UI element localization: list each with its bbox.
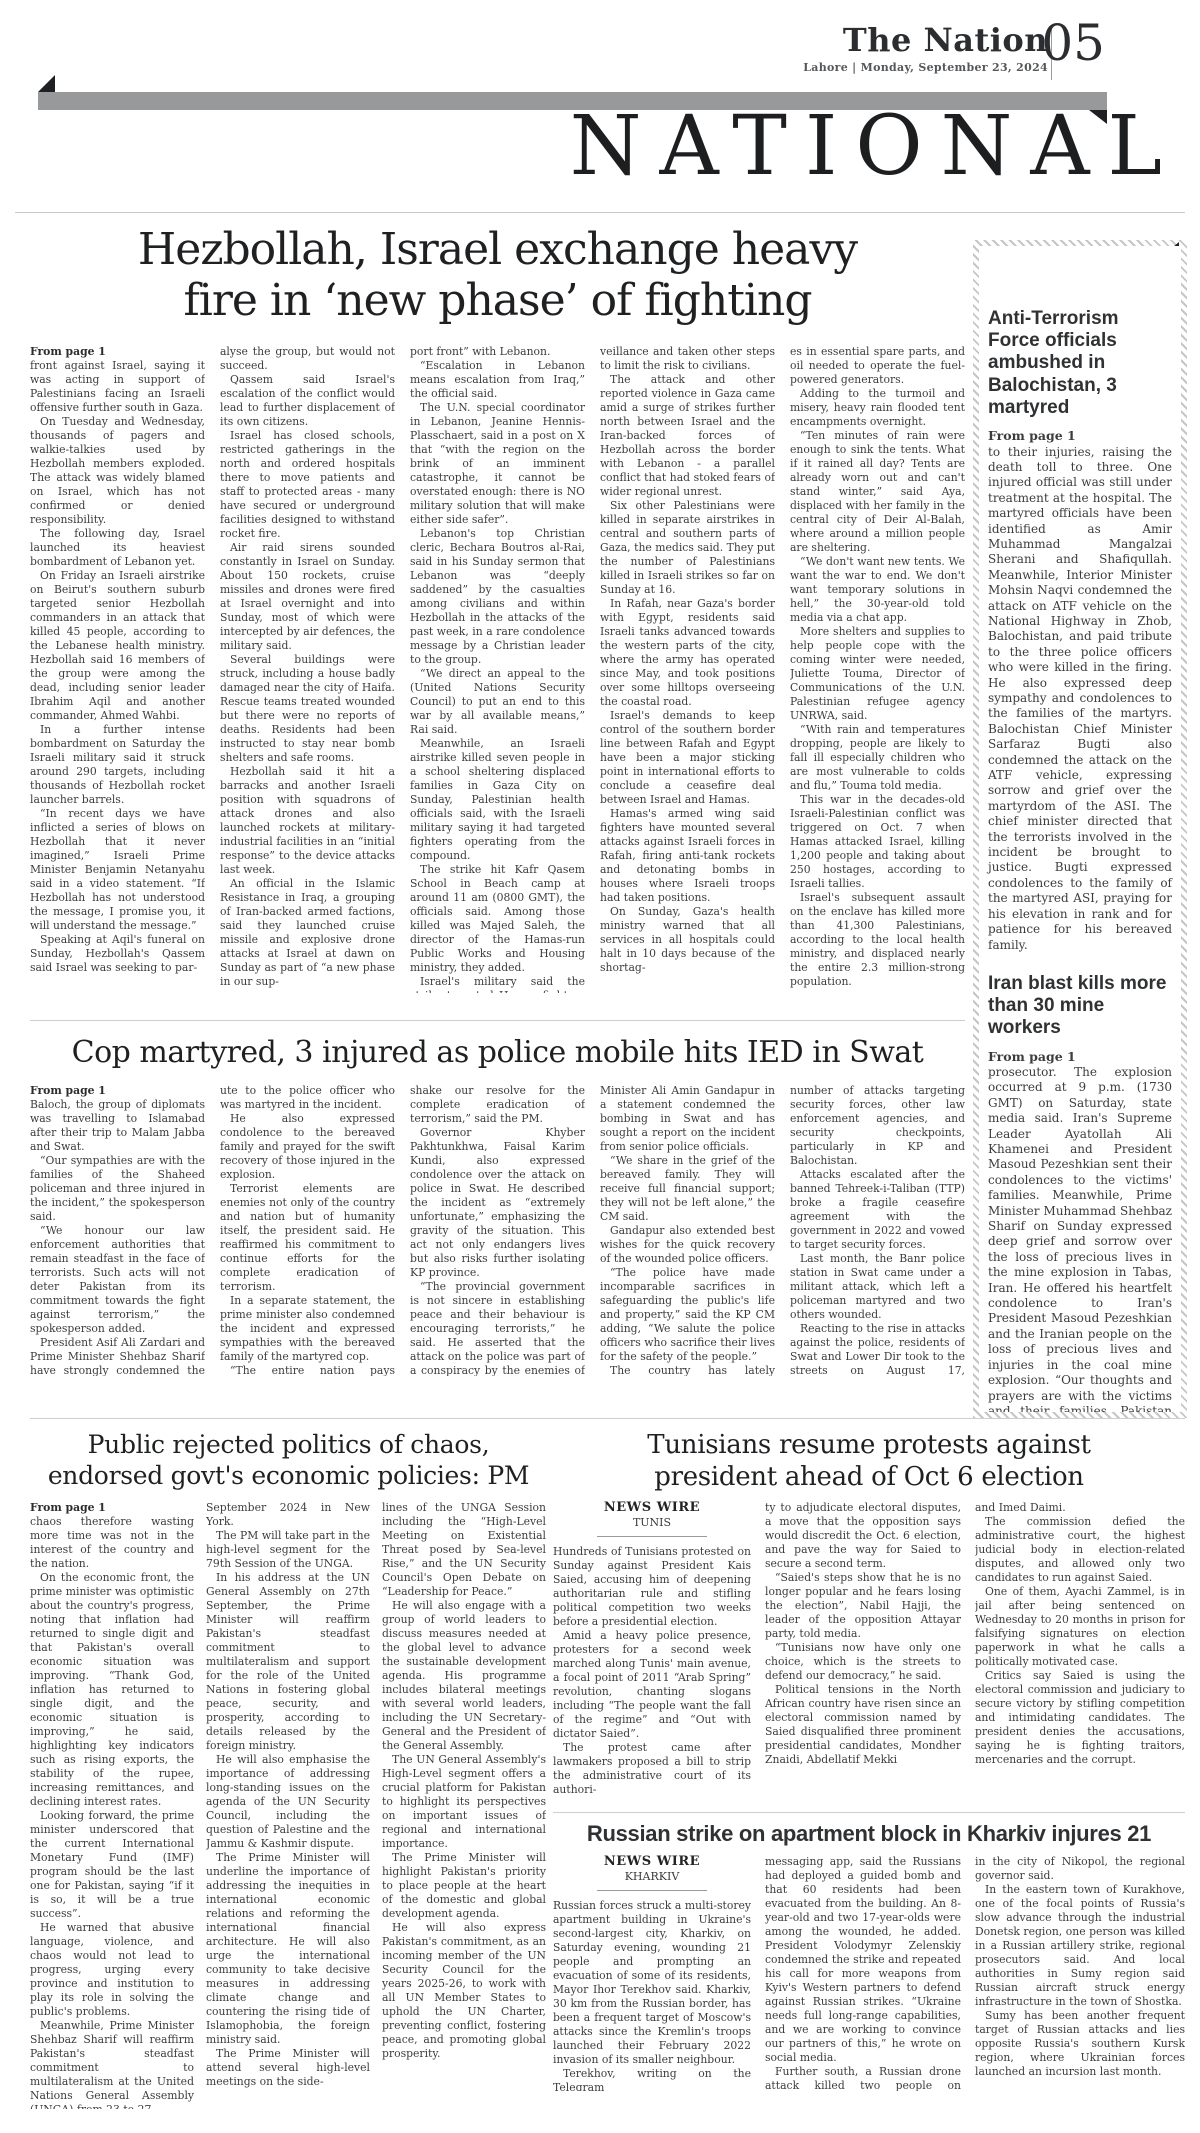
- top-rule: [15, 212, 1185, 213]
- paragraph: Air raid sirens sounded constantly in Is…: [220, 541, 395, 653]
- text-column: NEWS WIRE KHARKIV Russian forces struck …: [553, 1855, 751, 2091]
- paragraph: Sumy has been another frequent target of…: [975, 2009, 1185, 2079]
- article-hezbollah-columns: From page 1front against Israel, saying …: [30, 345, 965, 993]
- article-tunisia-columns: NEWS WIRE TUNIS Hundreds of Tunisians pr…: [553, 1501, 1185, 1795]
- paragraph: front against Israel, saying it was acti…: [30, 359, 205, 415]
- paragraph: On Friday an Israeli airstrike on Beirut…: [30, 569, 205, 723]
- column-text: Russian forces struck a multi-storey apa…: [553, 1899, 751, 2091]
- paragraph: “The entire nation pays tribute to the p…: [220, 1364, 395, 1376]
- dateline-rule: [597, 1890, 707, 1891]
- paragraph: Several buildings were struck, including…: [220, 653, 395, 765]
- section-divider: [30, 1418, 1185, 1419]
- from-page-label: From page 1: [30, 345, 205, 359]
- text-column: alyse the group, but would not succeed.Q…: [220, 345, 395, 993]
- article-tunisia-headline: Tunisians resume protests against presid…: [553, 1430, 1185, 1493]
- paragraph: Hamas's armed wing said fighters have mo…: [600, 807, 775, 905]
- paragraph: He will also express Pakistan's commitme…: [382, 1921, 546, 2061]
- text-column: Minister Ali Amin Gandapur in a statemen…: [600, 1084, 775, 1376]
- masthead: The Nation Lahore | Monday, September 23…: [803, 24, 1048, 74]
- dateline: NEWS WIRE TUNIS: [553, 1501, 751, 1537]
- paragraph: September 2024 in New York.: [206, 1501, 370, 1529]
- paragraph: “In recent days we have inflicted a seri…: [30, 807, 205, 933]
- quick-read-item-body: prosecutor. The explosion occurred at 9 …: [988, 1065, 1172, 1412]
- paragraph: Israel has closed schools, restricted ga…: [220, 429, 395, 541]
- paragraph: “We honour our law enforcement authoriti…: [30, 1224, 205, 1336]
- paragraph: More shelters and supplies to help peopl…: [790, 625, 965, 723]
- column-text: Hundreds of Tunisians protested on Sunda…: [553, 1545, 751, 1795]
- article-pm-headline: Public rejected politics of chaos, endor…: [30, 1430, 547, 1491]
- paragraph: port front” with Lebanon.: [410, 345, 585, 359]
- text-column: lines of the UNGA Session including the …: [382, 1501, 546, 2109]
- text-column: port front” with Lebanon.“Escalation in …: [410, 345, 585, 993]
- paragraph: Israel's military said the strike target…: [410, 975, 585, 993]
- paragraph: An official in the Islamic Resistance in…: [220, 877, 395, 989]
- paragraph: “The provincial government is not sincer…: [410, 1280, 585, 1376]
- paragraph: On the economic front, the prime ministe…: [30, 1571, 194, 1809]
- paragraph: to their injuries, raising the death tol…: [988, 445, 1172, 953]
- paragraph: messaging app, said the Russians had dep…: [765, 1855, 961, 2065]
- paragraph: Hundreds of Tunisians protested on Sunda…: [553, 1545, 751, 1629]
- paragraph: On Tuesday and Wednesday, thousands of p…: [30, 415, 205, 527]
- paragraph: The Prime Minister will highlight Pakist…: [382, 1851, 546, 1921]
- paragraph: number of attacks targeting security for…: [790, 1084, 965, 1168]
- article-kharkiv: Russian strike on apartment block in Kha…: [553, 1812, 1185, 2091]
- paragraph: and Imed Daimi.: [975, 1501, 1185, 1515]
- paragraph: He will also emphasise the importance of…: [206, 1753, 370, 1851]
- article-swat-columns: From page 1Baloch, the group of diplomat…: [30, 1084, 965, 1376]
- paragraph: shake our resolve for the complete eradi…: [410, 1084, 585, 1126]
- paragraph: “Our sympathies are with the families of…: [30, 1154, 205, 1224]
- paragraph: “Ten minutes of rain were enough to sink…: [790, 429, 965, 555]
- text-column: messaging app, said the Russians had dep…: [765, 1855, 961, 2091]
- paragraph: “Saied's steps show that he is no longer…: [765, 1571, 961, 1641]
- headline-line1: Hezbollah, Israel exchange heavy: [138, 224, 857, 275]
- paragraph: He warned that abusive language, violenc…: [30, 1921, 194, 2019]
- paragraph: Israel's demands to keep control of the …: [600, 709, 775, 807]
- paragraph: Political tensions in the North African …: [765, 1683, 961, 1767]
- from-page-label: From page 1: [30, 1501, 194, 1515]
- from-page-label: From page 1: [988, 1049, 1172, 1064]
- text-column: veillance and taken other steps to limit…: [600, 345, 775, 993]
- article-kharkiv-headline: Russian strike on apartment block in Kha…: [553, 1821, 1185, 1847]
- paragraph: Minister Ali Amin Gandapur in a statemen…: [600, 1084, 775, 1154]
- text-column: and Imed Daimi.The commission defied the…: [975, 1501, 1185, 1795]
- page-number: 05: [1041, 18, 1105, 68]
- paragraph: chaos therefore wasting more time was no…: [30, 1515, 194, 1571]
- quick-read-sidebar: Quick Read Anti-Terrorism Force official…: [973, 240, 1187, 1418]
- paragraph: in the city of Nikopol, the regional gov…: [975, 1855, 1185, 1883]
- paragraph: Meanwhile, Prime Minister Shehbaz Sharif…: [30, 2019, 194, 2109]
- paragraph: The strike hit Kafr Qasem School in Beac…: [410, 863, 585, 975]
- from-page-label: From page 1: [988, 428, 1172, 443]
- news-wire-label: NEWS WIRE: [553, 1855, 751, 1869]
- headline-line2: endorsed govt's economic policies: PM: [48, 1461, 529, 1490]
- paragraph: Critics say Saied is using the electoral…: [975, 1669, 1185, 1767]
- article-swat-headline: Cop martyred, 3 injured as police mobile…: [30, 1035, 965, 1070]
- paragraph: Speaking at Aqil's funeral on Sunday, He…: [30, 933, 205, 975]
- text-column: ty to adjudicate electoral disputes, a m…: [765, 1501, 961, 1795]
- paragraph: “With rain and temperatures dropping, pe…: [790, 723, 965, 793]
- paragraph: veillance and taken other steps to limit…: [600, 345, 775, 373]
- paragraph: lines of the UNGA Session including the …: [382, 1501, 546, 1599]
- paragraph: “We share in the grief of the bereaved f…: [600, 1154, 775, 1224]
- headline-line2: fire in ‘new phase’ of fighting: [183, 275, 811, 326]
- from-page-label: From page 1: [30, 1084, 205, 1098]
- paragraph: He also expressed condolence to the bere…: [220, 1112, 395, 1182]
- paragraph: The country has lately witnessed a sharp…: [600, 1364, 775, 1376]
- paragraph: Gandapur also extended best wishes for t…: [600, 1224, 775, 1266]
- paragraph: Six other Palestinians were killed in se…: [600, 499, 775, 597]
- paragraph: The commission defied the administrative…: [975, 1515, 1185, 1585]
- paragraph: Baloch, the group of diplomats was trave…: [30, 1098, 205, 1154]
- paragraph: Terekhov, writing on the Telegram: [553, 2067, 751, 2091]
- paragraph: The U.N. special coordinator in Lebanon,…: [410, 401, 585, 527]
- paragraph: The Prime Minister will attend several h…: [206, 2047, 370, 2089]
- section-title: NATIONAL: [570, 106, 1180, 188]
- paragraph: Meanwhile, an Israeli airstrike killed s…: [410, 737, 585, 863]
- paragraph: Israel's subsequent assault on the encla…: [790, 891, 965, 989]
- headline-line1: Public rejected politics of chaos,: [88, 1430, 490, 1459]
- paragraph: Looking forward, the prime minister unde…: [30, 1809, 194, 1921]
- paragraph: prosecutor. The explosion occurred at 9 …: [988, 1065, 1172, 1412]
- paragraph: Reacting to the rise in attacks against …: [790, 1322, 965, 1376]
- paragraph: Russian forces struck a multi-storey apa…: [553, 1899, 751, 2067]
- paragraph: “Escalation in Lebanon means escalation …: [410, 359, 585, 401]
- paragraph: In the eastern town of Kurakhove, one of…: [975, 1883, 1185, 2009]
- paragraph: alyse the group, but would not succeed.: [220, 345, 395, 373]
- paragraph: In a further intense bombardment on Satu…: [30, 723, 205, 807]
- paragraph: “Tunisians now have only one choice, whi…: [765, 1641, 961, 1683]
- article-pm: Public rejected politics of chaos, endor…: [30, 1430, 547, 2109]
- paper-name: The Nation: [803, 24, 1048, 58]
- news-wire-label: NEWS WIRE: [553, 1501, 751, 1515]
- paragraph: Adding to the turmoil and misery, heavy …: [790, 387, 965, 429]
- headline-line1: Tunisians resume protests against: [647, 1430, 1090, 1460]
- article-tunisia: Tunisians resume protests against presid…: [553, 1430, 1185, 1795]
- paragraph: In a separate statement, the prime minis…: [220, 1294, 395, 1364]
- dateline-city: KHARKIV: [553, 1870, 751, 1884]
- article-kharkiv-columns: NEWS WIRE KHARKIV Russian forces struck …: [553, 1855, 1185, 2091]
- quick-read-item-headline: Iran blast kills more than 30 mine worke…: [988, 973, 1172, 1040]
- paragraph: “The police have made incomparable sacri…: [600, 1266, 775, 1364]
- text-column: September 2024 in New York.The PM will t…: [206, 1501, 370, 2109]
- paragraph: The attack and other reported violence i…: [600, 373, 775, 499]
- paragraph: “We don't want new tents. We want the wa…: [790, 555, 965, 625]
- headline-line2: president ahead of Oct 6 election: [654, 1462, 1084, 1492]
- ribbon-fold-left-icon: [38, 75, 55, 92]
- paragraph: Amid a heavy police presence, protesters…: [553, 1629, 751, 1741]
- article-hezbollah: Hezbollah, Israel exchange heavy fire in…: [30, 224, 965, 993]
- quick-read-item-headline: Anti-Terrorism Force officials ambushed …: [988, 308, 1172, 419]
- paragraph: The UN General Assembly's High-Level seg…: [382, 1753, 546, 1851]
- paragraph: es in essential spare parts, and oil nee…: [790, 345, 965, 387]
- paragraph: This war in the decades-old Israeli-Pale…: [790, 793, 965, 891]
- quick-read-content: Anti-Terrorism Force officials ambushed …: [979, 246, 1181, 1412]
- dateline: NEWS WIRE KHARKIV: [553, 1855, 751, 1891]
- article-hezbollah-headline: Hezbollah, Israel exchange heavy fire in…: [30, 224, 965, 327]
- paragraph: President Asif Ali Zardari and Prime Min…: [30, 1336, 205, 1376]
- article-pm-columns: From page 1chaos therefore wasting more …: [30, 1501, 547, 2109]
- edition-dateline: Lahore | Monday, September 23, 2024: [803, 61, 1048, 74]
- paragraph: On Sunday, Gaza's health ministry warned…: [600, 905, 775, 975]
- text-column: shake our resolve for the complete eradi…: [410, 1084, 585, 1376]
- paragraph: The following day, Israel launched its h…: [30, 527, 205, 569]
- paragraph: In Rafah, near Gaza's border with Egypt,…: [600, 597, 775, 709]
- paragraph: “We direct an appeal to the (United Nati…: [410, 667, 585, 737]
- paragraph: ty to adjudicate electoral disputes, a m…: [765, 1501, 961, 1571]
- text-column: es in essential spare parts, and oil nee…: [790, 345, 965, 993]
- text-column: number of attacks targeting security for…: [790, 1084, 965, 1376]
- paragraph: Last month, the Banr police station in S…: [790, 1252, 965, 1322]
- quick-read-item-body: to their injuries, raising the death tol…: [988, 445, 1172, 953]
- dateline-rule: [597, 1536, 707, 1537]
- paragraph: Governor Khyber Pakhtunkhwa, Faisal Kari…: [410, 1126, 585, 1280]
- paragraph: He will also engage with a group of worl…: [382, 1599, 546, 1753]
- dateline-city: TUNIS: [553, 1516, 751, 1530]
- text-column: From page 1chaos therefore wasting more …: [30, 1501, 194, 2109]
- paragraph: The Prime Minister will underline the im…: [206, 1851, 370, 2047]
- paragraph: Hezbollah said it hit a barracks and ano…: [220, 765, 395, 877]
- paragraph: The PM will take part in the high-level …: [206, 1529, 370, 1571]
- paragraph: Further south, a Russian drone attack ki…: [765, 2065, 961, 2091]
- paragraph: Attacks escalated after the banned Tehre…: [790, 1168, 965, 1252]
- paragraph: In his address at the UN General Assembl…: [206, 1571, 370, 1753]
- article-swat: Cop martyred, 3 injured as police mobile…: [30, 1020, 965, 1376]
- paragraph: Terrorist elements are enemies not only …: [220, 1182, 395, 1294]
- paragraph: One of them, Ayachi Zammel, is in jail a…: [975, 1585, 1185, 1669]
- paragraph: ute to the police officer who was martyr…: [220, 1084, 395, 1112]
- text-column: From page 1front against Israel, saying …: [30, 345, 205, 993]
- text-column: NEWS WIRE TUNIS Hundreds of Tunisians pr…: [553, 1501, 751, 1795]
- text-column: From page 1Baloch, the group of diplomat…: [30, 1084, 205, 1376]
- paragraph: Qassem said Israel's escalation of the c…: [220, 373, 395, 429]
- paragraph: Lebanon's top Christian cleric, Bechara …: [410, 527, 585, 667]
- paragraph: The protest came after lawmakers propose…: [553, 1741, 751, 1795]
- text-column: ute to the police officer who was martyr…: [220, 1084, 395, 1376]
- text-column: in the city of Nikopol, the regional gov…: [975, 1855, 1185, 2091]
